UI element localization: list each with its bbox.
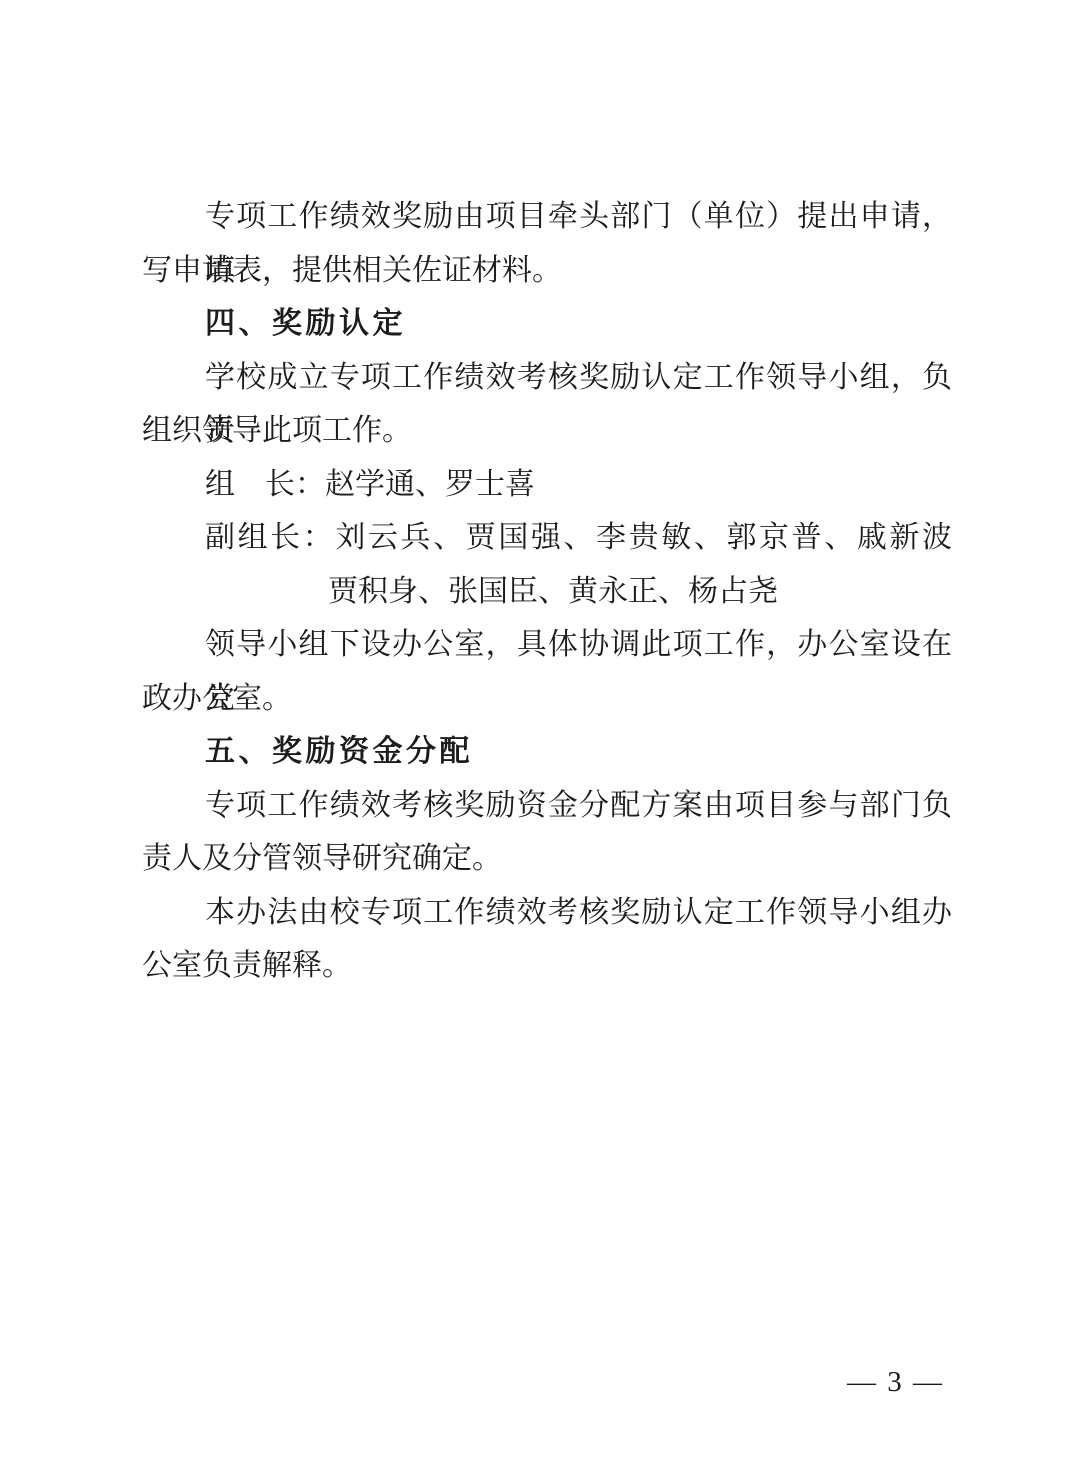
line-group-leader: 组 长：赵学通、罗士喜 [205,458,952,512]
para-interpretation-line-2: 公室负责解释。 [142,939,952,993]
para-office-line-2: 政办公室。 [142,672,952,726]
para-interpretation-line-1: 本办法由校专项工作绩效考核奖励认定工作领导小组办 [205,886,952,940]
page-number: — 3 — [847,1362,944,1402]
para-office-line-1: 领导小组下设办公室，具体协调此项工作，办公室设在党 [205,618,952,672]
heading-section-4: 四、奖励认定 [205,297,952,351]
document-body: 专项工作绩效奖励由项目牵头部门（单位）提出申请，填 写申请表，提供相关佐证材料。… [142,190,952,993]
line-deputy-leaders-2: 贾积身、张国臣、黄永正、杨占尧 [328,565,952,619]
document-page: 专项工作绩效奖励由项目牵头部门（单位）提出申请，填 写申请表，提供相关佐证材料。… [0,0,1092,1482]
para-fund-allocation-line-2: 责人及分管领导研究确定。 [142,832,952,886]
line-deputy-leaders-1: 副组长：刘云兵、贾国强、李贵敏、郭京普、戚新波 [205,511,952,565]
para-leading-group-line-2: 组织领导此项工作。 [142,404,952,458]
para-apply-line-2: 写申请表，提供相关佐证材料。 [142,244,952,298]
para-apply-line-1: 专项工作绩效奖励由项目牵头部门（单位）提出申请，填 [205,190,952,244]
para-fund-allocation-line-1: 专项工作绩效考核奖励资金分配方案由项目参与部门负 [205,779,952,833]
heading-section-5: 五、奖励资金分配 [205,725,952,779]
para-leading-group-line-1: 学校成立专项工作绩效考核奖励认定工作领导小组，负责 [205,351,952,405]
